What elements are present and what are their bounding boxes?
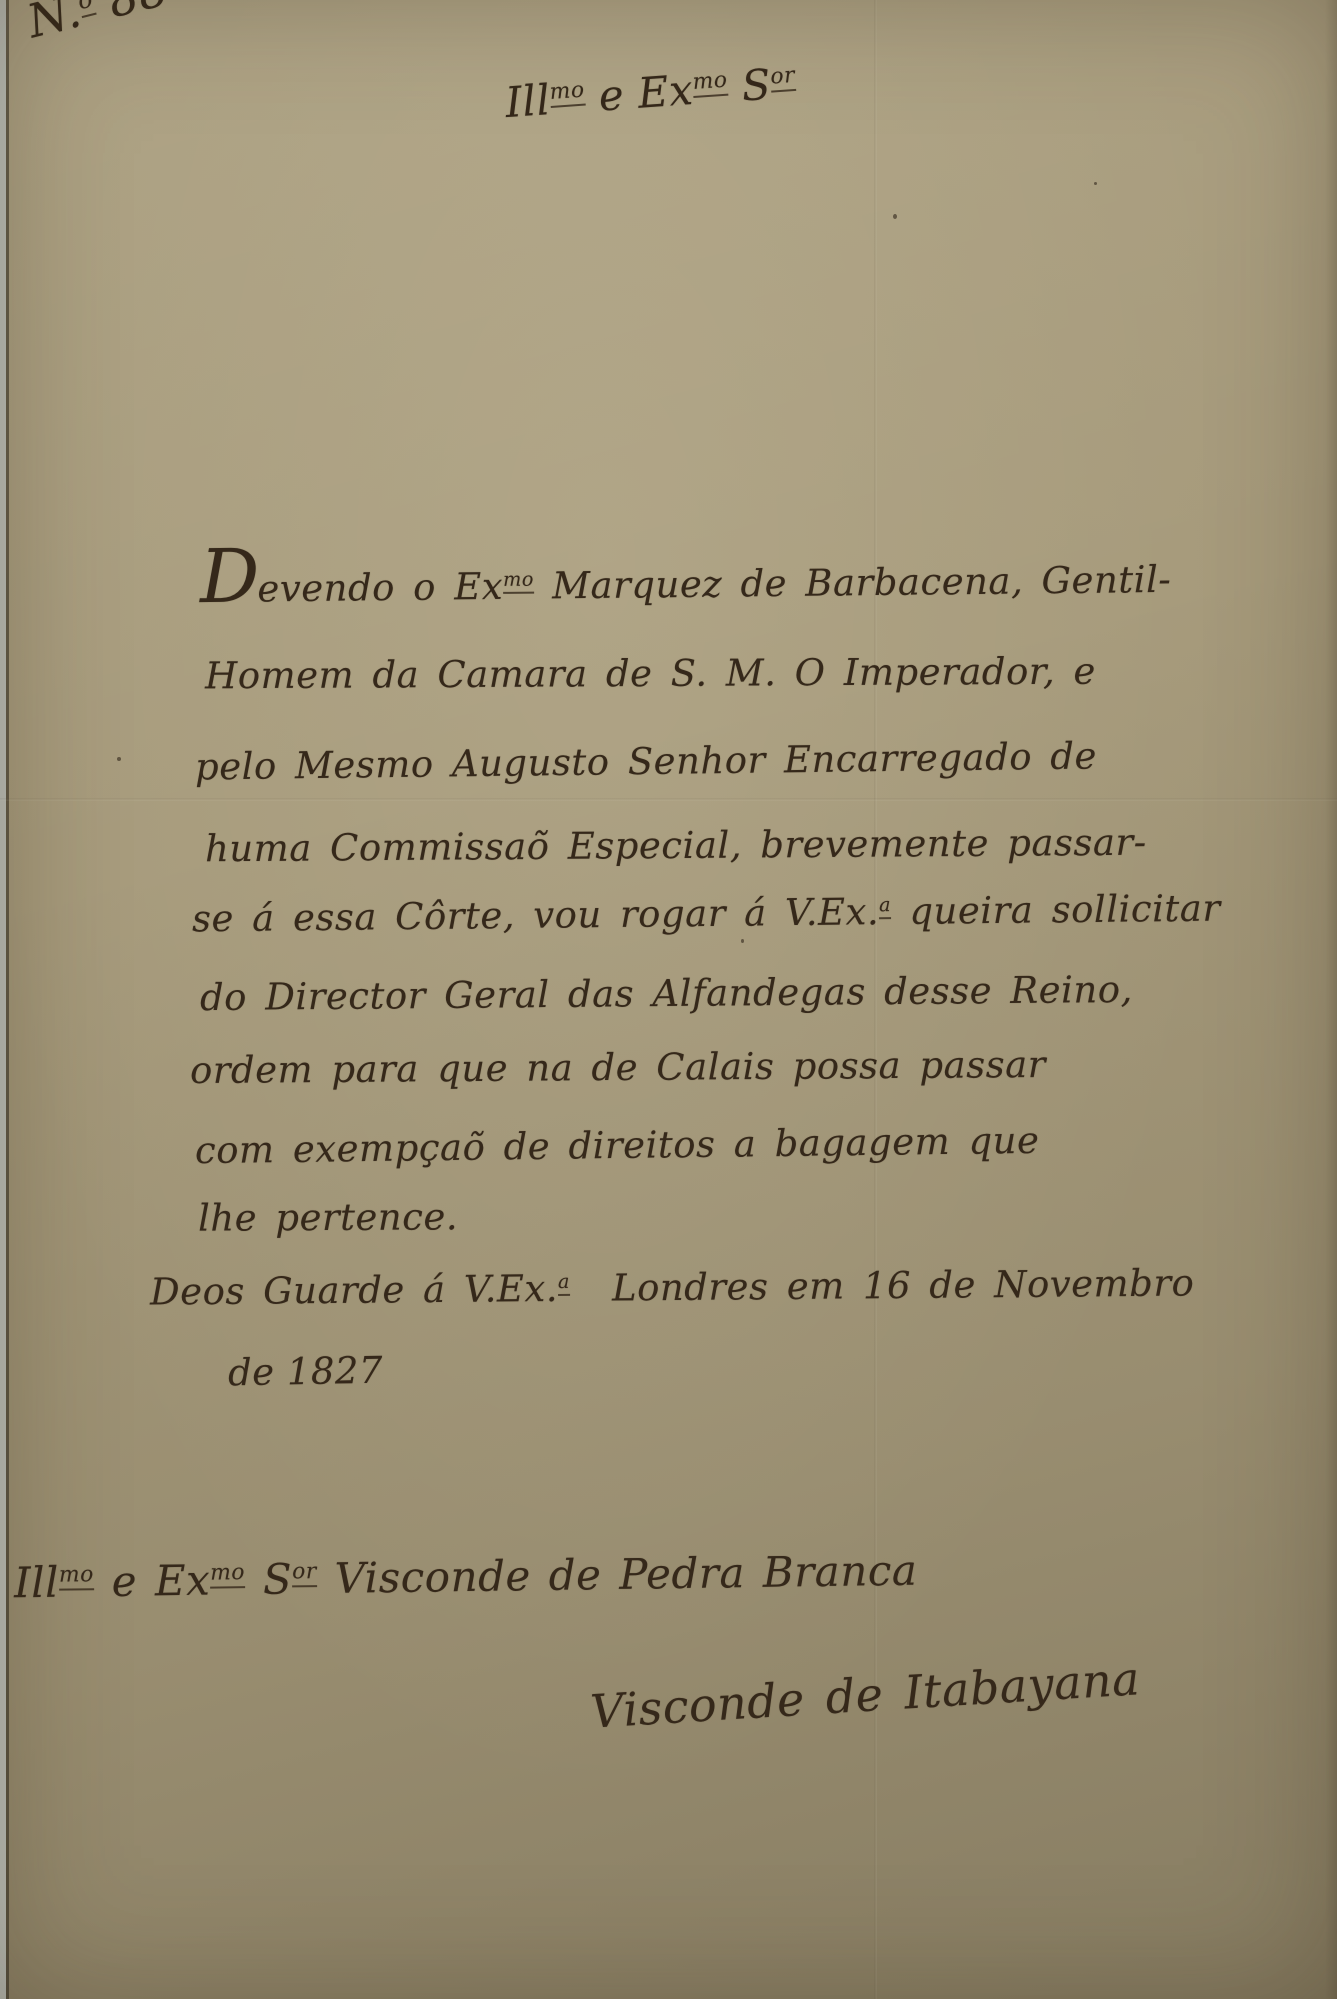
address-line: Illmo e Exmo Sor Visconde de Pedra Branc…: [14, 1546, 918, 1608]
body-line-6: do Director Geral das Alfandegas desse R…: [200, 968, 1133, 1019]
body-line-1: Devendo o Exmo Marquez de Barbacena, Gen…: [200, 547, 1172, 611]
body-text: se á essa Côrte, vou rogar á V.Ex.: [192, 890, 880, 940]
address-text: e Ex: [94, 1556, 211, 1607]
body-line-2: Homem da Camara de S. M. O Imperador, e: [205, 650, 1096, 698]
paper-speck: [893, 214, 897, 219]
scanned-letter-page: N.o 88 Illmo e Exmo Sor Devendo o Exmo M…: [0, 0, 1337, 1999]
address-text: Ill: [14, 1558, 60, 1608]
superscript-abbreviation: mo: [210, 1560, 245, 1588]
salutation-text: e Ex: [583, 65, 695, 121]
paper-speck: [741, 939, 744, 943]
closing-line: Deos Guarde á V.Ex.aLondres em 16 de Nov…: [150, 1261, 1195, 1313]
superscript-abbreviation: mo: [692, 68, 729, 98]
place-date-text: Londres em 16 de Novembro: [612, 1261, 1195, 1309]
document-number: N.o 88: [22, 0, 173, 48]
address-text: S: [245, 1554, 293, 1604]
body-line-4: huma Commissaõ Especial, brevemente pass…: [205, 821, 1147, 871]
body-line-8: com exempçaõ de direitos a bagagem que: [195, 1119, 1040, 1172]
superscript-abbreviation: mo: [503, 567, 534, 593]
superscript-abbreviation: a: [879, 893, 891, 919]
horizontal-fold-crease: [0, 798, 1337, 801]
salutation-text: Ill: [504, 75, 552, 127]
superscript-abbreviation: mo: [59, 1562, 94, 1590]
superscript-abbreviation: or: [292, 1559, 317, 1587]
paper-speck: [117, 757, 121, 761]
valediction-text: Deos Guarde á V.Ex.: [150, 1267, 558, 1314]
address-text: Visconde de Pedra Branca: [316, 1546, 917, 1603]
salutation-text: S: [726, 60, 772, 112]
body-line-5: se á essa Côrte, vou rogar á V.Ex.a quei…: [192, 887, 1221, 941]
scan-edge-dark: [6, 0, 9, 1999]
body-text: queira sollicitar: [891, 887, 1221, 933]
year-line: de 1827: [228, 1349, 384, 1395]
body-line-9: lhe pertence.: [198, 1195, 458, 1239]
salutation-line: Illmo e Exmo Sor: [504, 58, 797, 127]
paper-speck: [1094, 182, 1097, 185]
superscript-abbreviation: a: [558, 1270, 570, 1296]
scan-edge-shade: [1325, 0, 1337, 1999]
superscript-abbreviation: or: [770, 63, 796, 93]
body-line-3: pelo Mesmo Augusto Senhor Encarregado de: [195, 734, 1097, 788]
superscript-abbreviation: mo: [549, 78, 586, 108]
document-number-text: N.: [22, 0, 86, 48]
document-number-text: 88: [88, 0, 174, 32]
body-text: Marquez de Barbacena, Gentil-: [534, 558, 1172, 608]
body-text: Devendo o Ex: [200, 565, 503, 611]
body-line-7: ordem para que na de Calais possa passar: [190, 1043, 1046, 1092]
signature: Visconde de Itabayana: [589, 1651, 1142, 1738]
